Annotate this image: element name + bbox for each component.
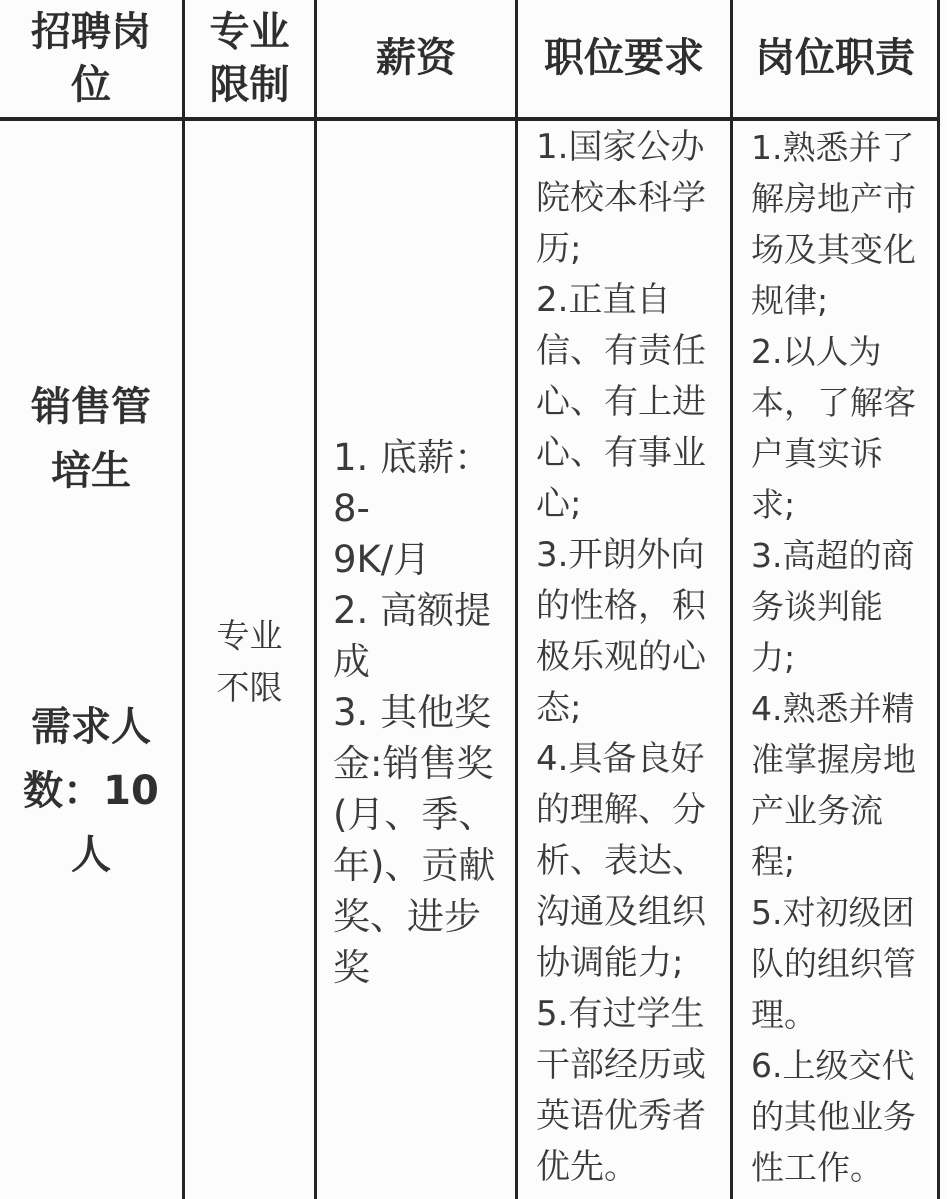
header-salary: 薪资 <box>317 0 518 121</box>
headcount-text: 需求人 数：10 人 <box>0 695 182 887</box>
header-major-restriction: 专业 限制 <box>185 0 317 121</box>
cell-requirements: 1.国家公办 院校本科学 历; 2.正直自 信、有责任 心、有上进 心、有事业 … <box>518 121 733 1199</box>
recruitment-table-page: 招聘岗 位 专业 限制 薪资 职位要求 岗位职责 销售管 培生 需求人 数：10… <box>0 0 947 1199</box>
header-requirements: 职位要求 <box>518 0 733 121</box>
recruitment-table: 招聘岗 位 专业 限制 薪资 职位要求 岗位职责 销售管 培生 需求人 数：10… <box>0 0 940 1199</box>
cell-salary: 1. 底薪：8- 9K/月 2. 高额提 成 3. 其他奖 金:销售奖 (月、季… <box>317 121 518 1199</box>
cell-recruit-position: 销售管 培生 需求人 数：10 人 <box>0 121 185 1199</box>
cell-major-restriction: 专业 不限 <box>185 121 317 1199</box>
cell-duties: 1.熟悉并了 解房地产市 场及其变化 规律; 2.以人为 本，了解客 户真实诉 … <box>733 121 940 1199</box>
job-title-text: 销售管 培生 <box>0 375 182 503</box>
header-recruit-position: 招聘岗 位 <box>0 0 185 121</box>
header-duties: 岗位职责 <box>733 0 940 121</box>
